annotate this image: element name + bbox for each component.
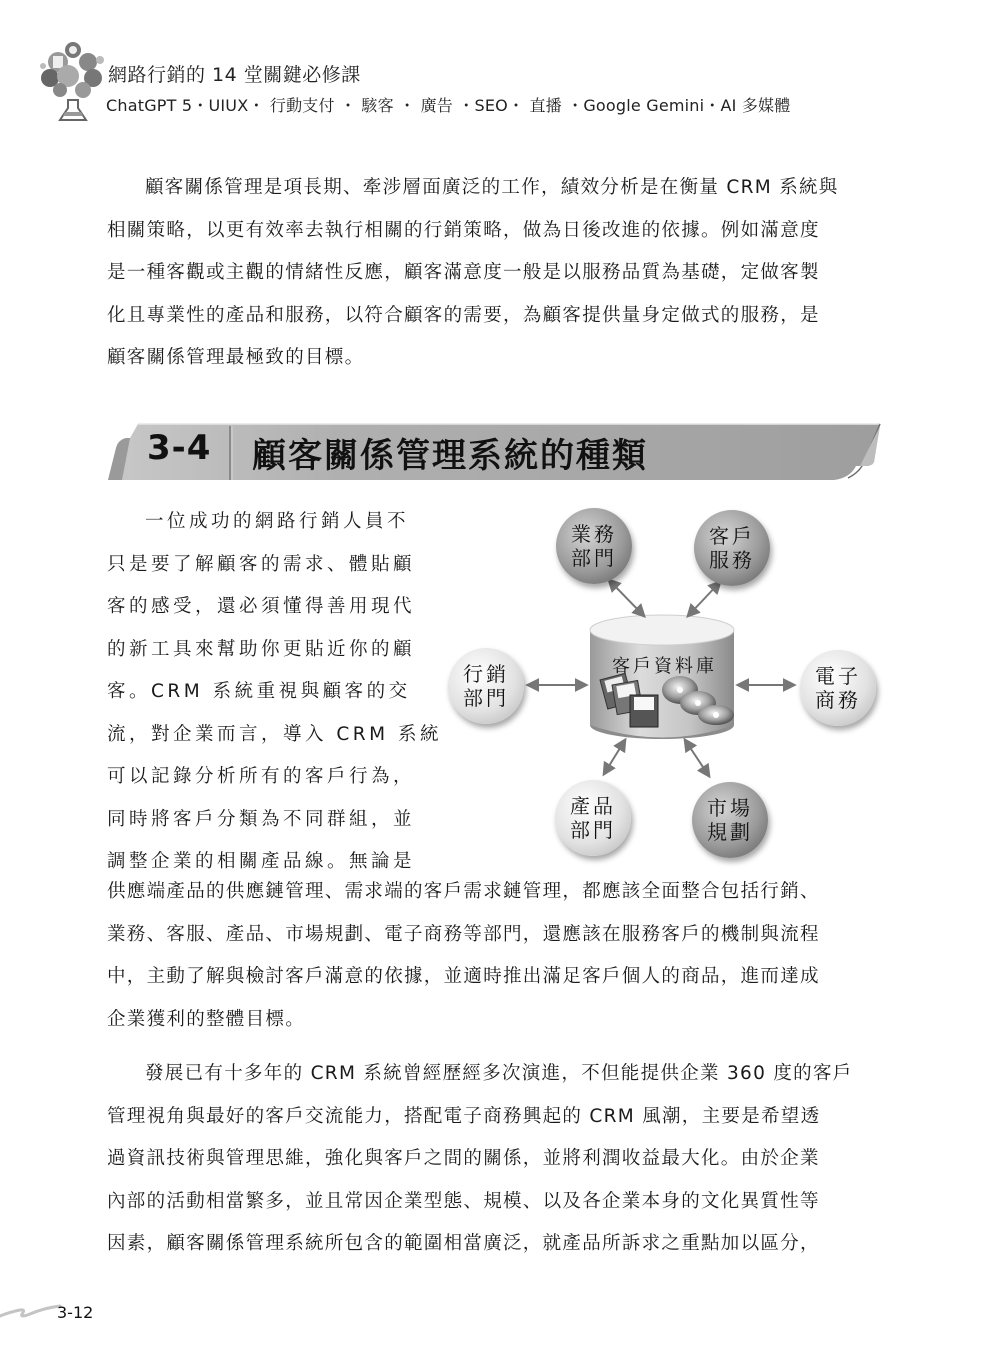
text-line: 管理視角與最好的客戶交流能力，搭配電子商務興起的 CRM 風潮，主要是希望透 (107, 1096, 882, 1139)
node-market-planning: 市場 規劃 (692, 782, 768, 858)
text-line: 客。CRM 系統重視與顧客的交 (107, 671, 419, 714)
node-label: 服務 (709, 548, 755, 572)
text-line: 中，主動了解與檢討客戶滿意的依據，並適時推出滿足客戶個人的商品，進而達成 (107, 956, 882, 999)
node-label: 商務 (815, 688, 861, 712)
text-line: 顧客關係管理是項長期、牽涉層面廣泛的工作，績效分析是在衡量 CRM 系統與 (107, 167, 882, 210)
node-label: 行銷 (463, 662, 509, 686)
node-marketing-department: 行銷 部門 (448, 648, 524, 724)
node-label: 部門 (463, 686, 509, 710)
page-number: 3-12 (57, 1303, 93, 1322)
node-label: 業務 (571, 522, 617, 546)
text-line: 相關策略，以更有效率去執行相關的行銷策略，做為日後改進的依據。例如滿意度 (107, 210, 882, 253)
text-line: 過資訊技術與管理思維，強化與客戶之間的關係，並將利潤收益最大化。由於企業 (107, 1138, 882, 1181)
node-customer-service: 客戶 服務 (694, 510, 770, 586)
database-label: 客戶資料庫 (612, 652, 717, 678)
book-title: 網路行銷的 14 堂關鍵必修課 (108, 60, 361, 87)
text-line: 可以記錄分析所有的客戶行為， (107, 756, 419, 799)
text-line: 的新工具來幫助你更貼近你的顧 (107, 629, 419, 672)
section-number: 3-4 (147, 428, 211, 468)
node-label: 電子 (815, 664, 861, 688)
node-ecommerce: 電子 商務 (800, 650, 876, 726)
crm-diagram: 客戶資料庫 業務 部門 客戶 服務 行銷 部門 電子 商務 產品 部門 市場 規… (440, 500, 900, 870)
node-label: 產品 (570, 794, 616, 818)
text-line: 企業獲利的整體目標。 (107, 999, 882, 1042)
text-line: 客的感受，還必須懂得善用現代 (107, 586, 419, 629)
node-sales-department: 業務 部門 (556, 508, 632, 584)
node-label: 客戶 (709, 524, 755, 548)
text-line: 內部的活動相當繁多，並且常因企業型態、規模、以及各企業本身的文化異質性等 (107, 1181, 882, 1224)
section-title: 顧客關係管理系統的種類 (252, 428, 648, 477)
intro-paragraph: 顧客關係管理是項長期、牽涉層面廣泛的工作，績效分析是在衡量 CRM 系統與 相關… (107, 167, 882, 380)
node-label: 市場 (707, 796, 753, 820)
node-product-department: 產品 部門 (555, 780, 631, 856)
text-line: 流，對企業而言，導入 CRM 系統 (107, 714, 419, 757)
book-subtitle: ChatGPT 5・UIUX・ 行動支付 ・ 駭客 ・ 廣告 ・SEO・ 直播 … (106, 93, 790, 116)
continued-paragraph: 供應端產品的供應鏈管理、需求端的客戶需求鏈管理，都應該全面整合包括行銷、 業務、… (107, 871, 882, 1041)
text-line: 因素，顧客關係管理系統所包含的範圍相當廣泛，就產品所訴求之重點加以區分， (107, 1223, 882, 1266)
book-logo-icon (38, 40, 108, 124)
side-paragraph: 一位成功的網路行銷人員不 只是要了解顧客的需求、體貼顧 客的感受，還必須懂得善用… (107, 501, 419, 884)
text-line: 同時將客戶分類為不同群組，並 (107, 799, 419, 842)
text-line: 只是要了解顧客的需求、體貼顧 (107, 544, 419, 587)
node-label: 規劃 (707, 820, 753, 844)
page-swoosh-icon (0, 1300, 62, 1324)
text-line: 化且專業性的產品和服務，以符合顧客的需要，為顧客提供量身定做式的服務，是 (107, 295, 882, 338)
node-label: 部門 (570, 818, 616, 842)
text-line: 是一種客觀或主觀的情緒性反應，顧客滿意度一般是以服務品質為基礎，定做客製 (107, 252, 882, 295)
text-line: 業務、客服、產品、市場規劃、電子商務等部門，還應該在服務客戶的機制與流程 (107, 914, 882, 957)
text-line: 供應端產品的供應鏈管理、需求端的客戶需求鏈管理，都應該全面整合包括行銷、 (107, 871, 882, 914)
final-paragraph: 發展已有十多年的 CRM 系統曾經歷經多次演進，不但能提供企業 360 度的客戶… (107, 1053, 882, 1266)
node-label: 部門 (571, 546, 617, 570)
text-line: 一位成功的網路行銷人員不 (107, 501, 419, 544)
text-line: 發展已有十多年的 CRM 系統曾經歷經多次演進，不但能提供企業 360 度的客戶 (107, 1053, 882, 1096)
text-line: 顧客關係管理最極致的目標。 (107, 337, 882, 380)
